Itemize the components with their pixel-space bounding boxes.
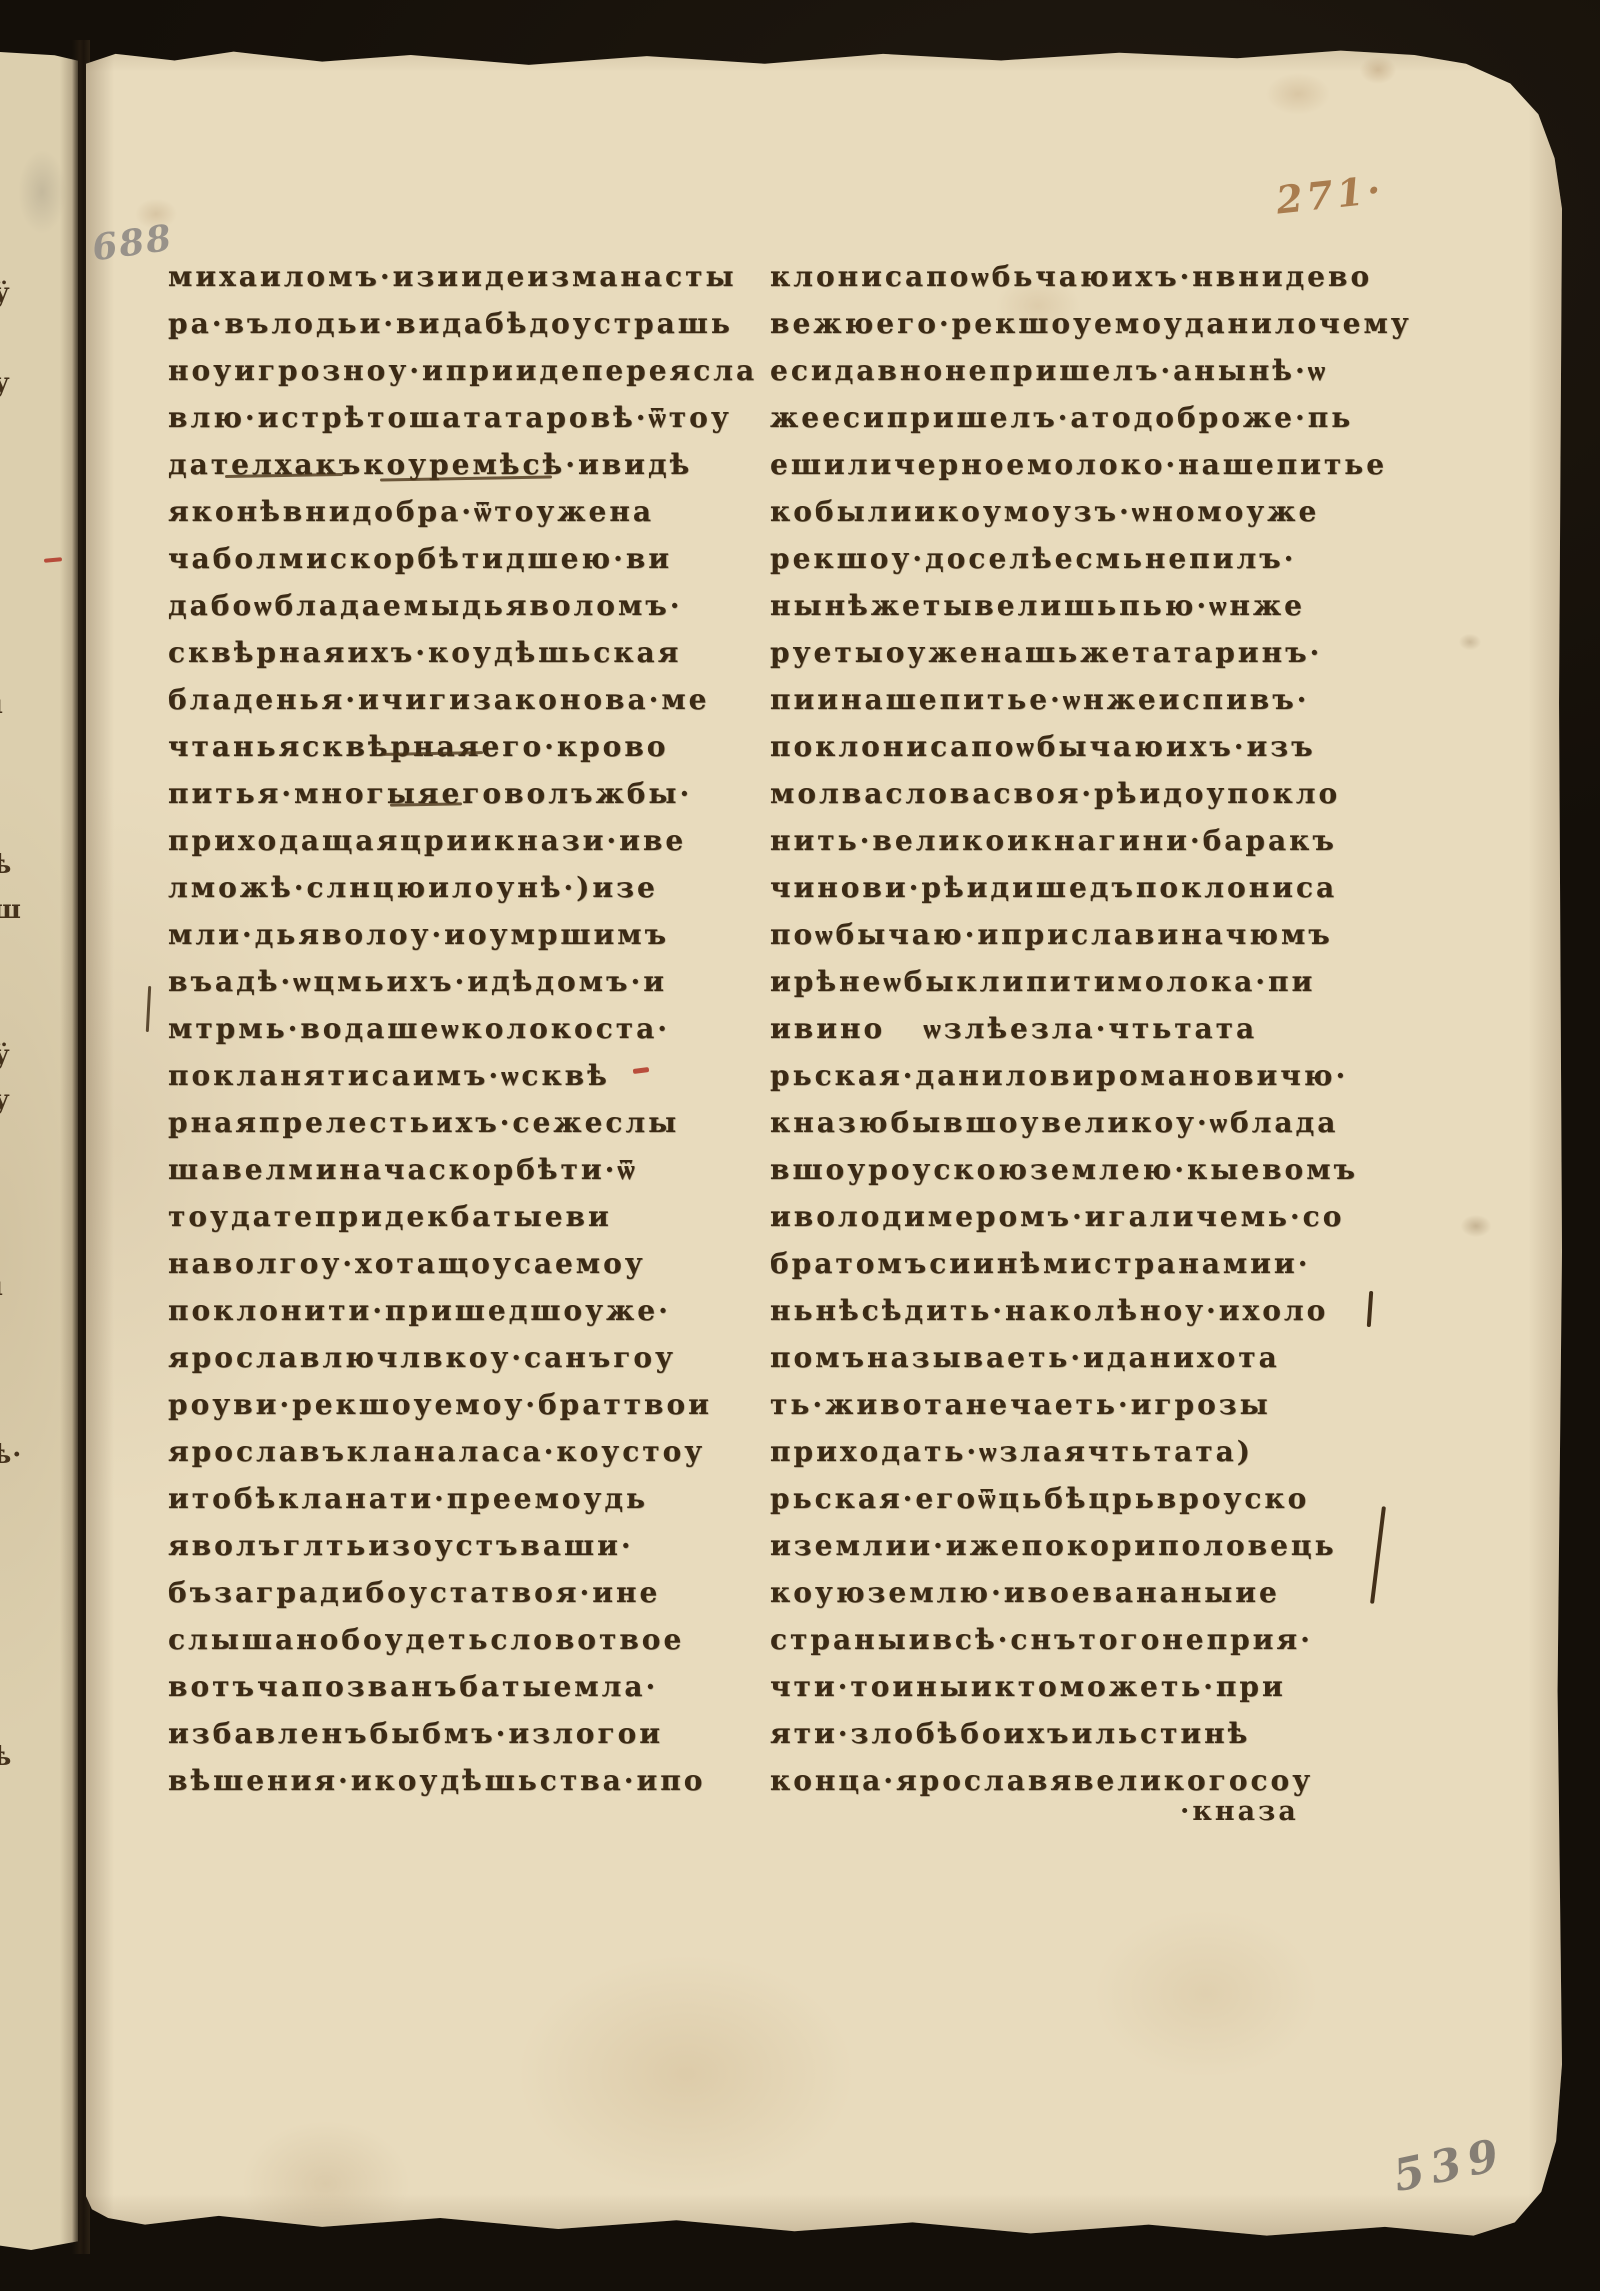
manuscript-text-line: ньнѣсѣдить·наколѣноу·ихоло xyxy=(770,1287,1412,1334)
facing-page-text-fragment: ш xyxy=(0,895,22,925)
manuscript-text-line: вежюего·рекшоуемоуданилочему xyxy=(770,300,1412,347)
photograph-background: ӱуıѣшӱуıѣ·ѣ 688 271· михаиломъ·изиидеизм… xyxy=(0,0,1600,2291)
manuscript-text-line: мтрмь·водашеѡколокоста· xyxy=(168,1005,757,1052)
manuscript-text-line: покланятисаимъ·ѡсквѣ xyxy=(168,1052,757,1099)
manuscript-text-line: есидавнонепришелъ·анынѣ·ѡ xyxy=(770,347,1412,394)
manuscript-text-line: молвасловасвоя·рѣидоупокло xyxy=(770,770,1412,817)
facing-page-text-fragment: ӱ xyxy=(0,1040,11,1070)
manuscript-text-line: рьская·даниловиромановичю· xyxy=(770,1052,1412,1099)
manuscript-text-line: въадѣ·ѡцмьихъ·идѣдомъ·и xyxy=(168,958,757,1005)
facing-page-text-fragment: у xyxy=(0,1085,11,1115)
facing-page-text-fragment: ѣ xyxy=(0,850,12,880)
shelf-number-pencil: 539 xyxy=(1389,2129,1510,2202)
manuscript-text-line: братомъсиинѣмистранамии· xyxy=(770,1240,1412,1287)
manuscript-text-line: дабоѡбладаемыдьяволомъ· xyxy=(168,582,757,629)
manuscript-text-line: ноуигрозноу·иприидепереясла xyxy=(168,347,757,394)
manuscript-text-line: ешиличерноемолоко·нашепитье xyxy=(770,441,1412,488)
manuscript-text-line: кназюбывшоувеликоу·ѡблада xyxy=(770,1099,1412,1146)
manuscript-text-line: вѣшения·икоудѣшьства·ипо xyxy=(168,1757,757,1804)
manuscript-text-line: итобѣкланати·преемоудь xyxy=(168,1475,757,1522)
manuscript-text-line: рнаяпрелестьихъ·сежеслы xyxy=(168,1099,757,1146)
text-column-left: михаиломъ·изиидеизманастыра·вълодьи·вида… xyxy=(168,253,757,1804)
manuscript-text-line: руетыоуженашьжетатаринъ· xyxy=(770,629,1412,676)
manuscript-text-line: яконѣвнидобра·ѿтоужена xyxy=(168,488,757,535)
manuscript-text-line: пиинашепитье·ѡнжеиспивъ· xyxy=(770,676,1412,723)
manuscript-text-line: бладенья·ичигизаконова·ме xyxy=(168,676,757,723)
catchword-insertion: ·кназа xyxy=(1180,1796,1299,1828)
manuscript-text-line: сквѣрнаяихъ·коудѣшьская xyxy=(168,629,757,676)
manuscript-text-line: поклонисапоѡбычаюихъ·изъ xyxy=(770,723,1412,770)
manuscript-text-line: яволъглтьизоустъваши· xyxy=(168,1522,757,1569)
manuscript-text-line: питья·многыяеговолъжбы· xyxy=(168,770,757,817)
manuscript-text-line: помъназываеть·иданихота xyxy=(770,1334,1412,1381)
manuscript-text-line: яти·злобѣбоихъильстинѣ xyxy=(770,1710,1412,1757)
manuscript-text-line: слышанобоудетьсловотвое xyxy=(168,1616,757,1663)
folio-number-pencil: 688 xyxy=(89,217,175,270)
facing-page-text-fragment: ı xyxy=(0,690,4,720)
facing-page-edge: ӱуıѣшӱуıѣ·ѣ xyxy=(0,52,78,2250)
manuscript-page: 688 271· михаиломъ·изиидеизманастыра·въл… xyxy=(86,44,1562,2240)
manuscript-text-line: коуюземлю·ивоевананыие xyxy=(770,1569,1412,1616)
manuscript-text-line: мли·дьяволоу·иоумршимъ xyxy=(168,911,757,958)
page-number-ink: 271· xyxy=(1274,166,1387,222)
manuscript-text-line: наволгоу·хотащоусаемоу xyxy=(168,1240,757,1287)
manuscript-text-line: тоудатепридекбатыеви xyxy=(168,1193,757,1240)
manuscript-text-line: дателхакъкоуремѣсѣ·ивидѣ xyxy=(168,441,757,488)
manuscript-text-line: чаболмискорбѣтидшею·ви xyxy=(168,535,757,582)
manuscript-text-line: чинови·рѣидишедъпоклониса xyxy=(770,864,1412,911)
manuscript-text-line: поклонити·пришедшоуже· xyxy=(168,1287,757,1334)
facing-page-text-fragment: ѣ xyxy=(0,1742,12,1772)
manuscript-text-line: чтаньясквѣрнаяего·крово xyxy=(168,723,757,770)
manuscript-text-line: клонисапоѡбьчаюихъ·нвнидево xyxy=(770,253,1412,300)
manuscript-text-line: рьская·егоѿцьбѣцрьвроуско xyxy=(770,1475,1412,1522)
manuscript-text-line: вшоуроускоюземлею·кыевомъ xyxy=(770,1146,1412,1193)
manuscript-text-line: влю·истрѣтошататаровѣ·ѿтоу xyxy=(168,394,757,441)
manuscript-text-line: ивино ѡзлѣезла·чтьтата xyxy=(770,1005,1412,1052)
facing-page-text-fragment: ı xyxy=(0,1272,4,1302)
manuscript-text-line: жеесипришелъ·атодоброже·пь xyxy=(770,394,1412,441)
manuscript-text-line: ра·вълодьи·видабѣдоустрашь xyxy=(168,300,757,347)
facing-page-text-fragment: ӱ xyxy=(0,278,11,308)
manuscript-text-line: шавелминачаскорбѣти·ѿ xyxy=(168,1146,757,1193)
manuscript-text-line: нынѣжетывелишьпью·ѡнже xyxy=(770,582,1412,629)
text-column-right: клонисапоѡбьчаюихъ·нвнидевовежюего·рекшо… xyxy=(770,253,1412,1804)
margin-stroke-left xyxy=(146,986,151,1032)
manuscript-text-line: бъзаградибоустатвоя·ине xyxy=(168,1569,757,1616)
manuscript-text-line: иземлии·ижепокориполовець xyxy=(770,1522,1412,1569)
manuscript-text-line: михаиломъ·изиидеизманасты xyxy=(168,253,757,300)
manuscript-text-line: приходать·ѡзлаячтьтата) xyxy=(770,1428,1412,1475)
manuscript-text-line: приходащаяцриикнази·иве xyxy=(168,817,757,864)
manuscript-text-line: кобылиикоумоузъ·ѡномоуже xyxy=(770,488,1412,535)
manuscript-text-line: вотъчапозванъбатыемла· xyxy=(168,1663,757,1710)
manuscript-text-line: конца·ярославявеликогосоу xyxy=(770,1757,1412,1804)
manuscript-text-line: ярославлючлвкоу·санъгоу xyxy=(168,1334,757,1381)
manuscript-text-line: иволодимеромъ·игаличемь·со xyxy=(770,1193,1412,1240)
manuscript-text-line: поѡбычаю·иприславиначюмъ xyxy=(770,911,1412,958)
manuscript-text-line: ирѣнеѡбыклипитимолока·пи xyxy=(770,958,1412,1005)
manuscript-text-line: избавленъбыбмъ·излогои xyxy=(168,1710,757,1757)
manuscript-text-line: рекшоу·доселѣесмьнепилъ· xyxy=(770,535,1412,582)
manuscript-text-line: ярославъкланаласа·коустоу xyxy=(168,1428,757,1475)
manuscript-text-line: страныивсѣ·снътогонеприя· xyxy=(770,1616,1412,1663)
manuscript-text-line: лможѣ·слнцюилоунѣ·)изе xyxy=(168,864,757,911)
manuscript-text-line: ть·животанечаеть·игрозы xyxy=(770,1381,1412,1428)
facing-page-text-fragment: ѣ· xyxy=(0,1440,22,1470)
manuscript-text-line: нить·великоикнагини·баракъ xyxy=(770,817,1412,864)
facing-page-text-fragment: у xyxy=(0,368,11,398)
manuscript-text-line: роуви·рекшоуемоу·браттвои xyxy=(168,1381,757,1428)
manuscript-text-line: чти·тоиныиктоможеть·при xyxy=(770,1663,1412,1710)
